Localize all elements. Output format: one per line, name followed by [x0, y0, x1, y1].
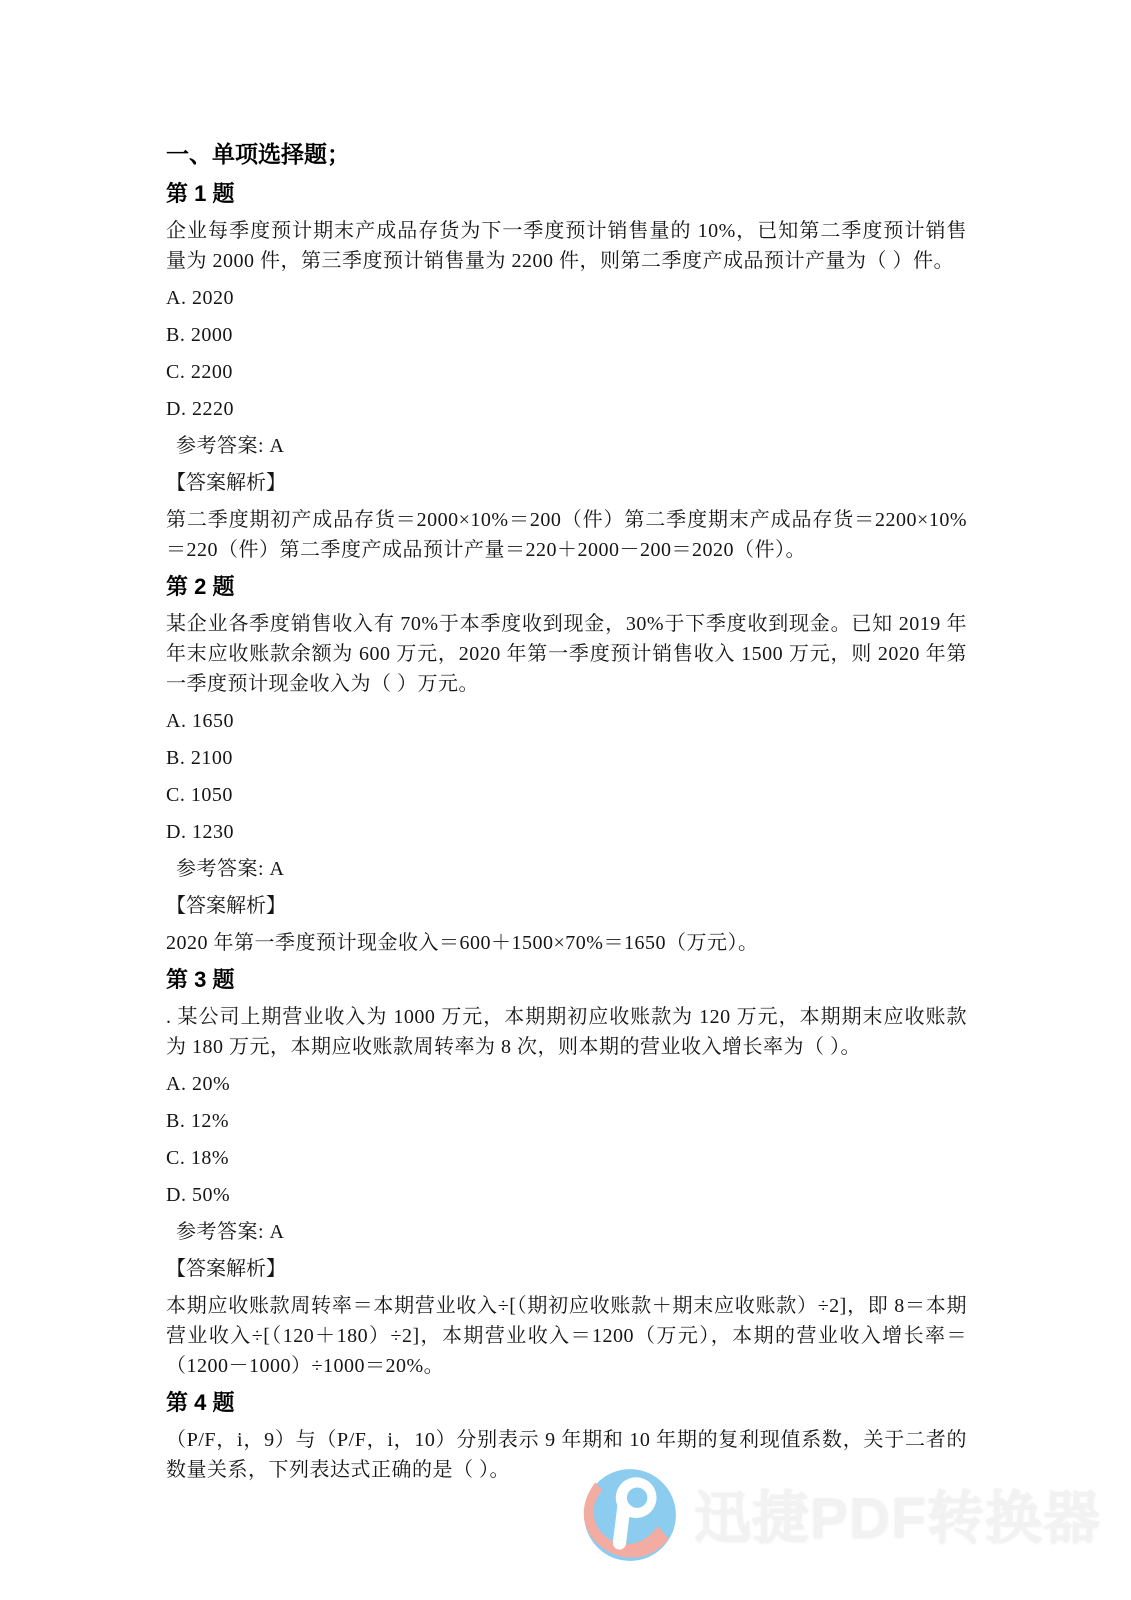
watermark: 迅捷PDF转换器 [578, 1462, 1101, 1564]
analysis-text: 第二季度期初产成品存货＝2000×10%＝200（件）第二季度期末产成品存货＝2… [166, 505, 967, 565]
option-item: C. 18% [166, 1143, 967, 1173]
analysis-heading: 【答案解析】 [166, 468, 967, 498]
pdf-converter-logo-icon [578, 1462, 680, 1564]
question-number: 第 1 题 [166, 179, 967, 209]
analysis-heading: 【答案解析】 [166, 1254, 967, 1284]
analysis-heading: 【答案解析】 [166, 891, 967, 921]
option-item: A. 2020 [166, 283, 967, 313]
document-page: 一、单项选择题； 第 1 题 企业每季度预计期末产成品存货为下一季度预计销售量的… [0, 0, 1131, 1600]
reference-answer: 参考答案: A [166, 1217, 967, 1247]
question-number: 第 3 题 [166, 965, 967, 995]
question-stem: 企业每季度预计期末产成品存货为下一季度预计销售量的 10%，已知第二季度预计销售… [166, 216, 967, 276]
option-item: A. 1650 [166, 706, 967, 736]
option-item: D. 2220 [166, 394, 967, 424]
analysis-text: 本期应收账款周转率＝本期营业收入÷[（期初应收账款＋期末应收账款）÷2]，即 8… [166, 1291, 967, 1381]
question-stem: 某企业各季度销售收入有 70%于本季度收到现金，30%于下季度收到现金。已知 2… [166, 609, 967, 699]
watermark-text: 迅捷PDF转换器 [694, 1472, 1101, 1554]
option-item: A. 20% [166, 1069, 967, 1099]
question-block: 第 2 题 某企业各季度销售收入有 70%于本季度收到现金，30%于下季度收到现… [166, 572, 967, 958]
document-content: 一、单项选择题； 第 1 题 企业每季度预计期末产成品存货为下一季度预计销售量的… [166, 138, 967, 1492]
option-item: B. 2000 [166, 320, 967, 350]
option-item: B. 2100 [166, 743, 967, 773]
option-item: D. 50% [166, 1180, 967, 1210]
question-block: 第 1 题 企业每季度预计期末产成品存货为下一季度预计销售量的 10%，已知第二… [166, 179, 967, 565]
option-item: C. 2200 [166, 357, 967, 387]
reference-answer: 参考答案: A [166, 854, 967, 884]
reference-answer: 参考答案: A [166, 431, 967, 461]
analysis-text: 2020 年第一季度预计现金收入＝600＋1500×70%＝1650（万元）。 [166, 928, 967, 958]
section-title: 一、单项选择题； [166, 138, 967, 170]
question-number: 第 2 题 [166, 572, 967, 602]
option-item: C. 1050 [166, 780, 967, 810]
question-stem: . 某公司上期营业收入为 1000 万元，本期期初应收账款为 120 万元，本期… [166, 1002, 967, 1062]
option-item: D. 1230 [166, 817, 967, 847]
option-item: B. 12% [166, 1106, 967, 1136]
question-block: 第 3 题 . 某公司上期营业收入为 1000 万元，本期期初应收账款为 120… [166, 965, 967, 1381]
question-number: 第 4 题 [166, 1388, 967, 1418]
